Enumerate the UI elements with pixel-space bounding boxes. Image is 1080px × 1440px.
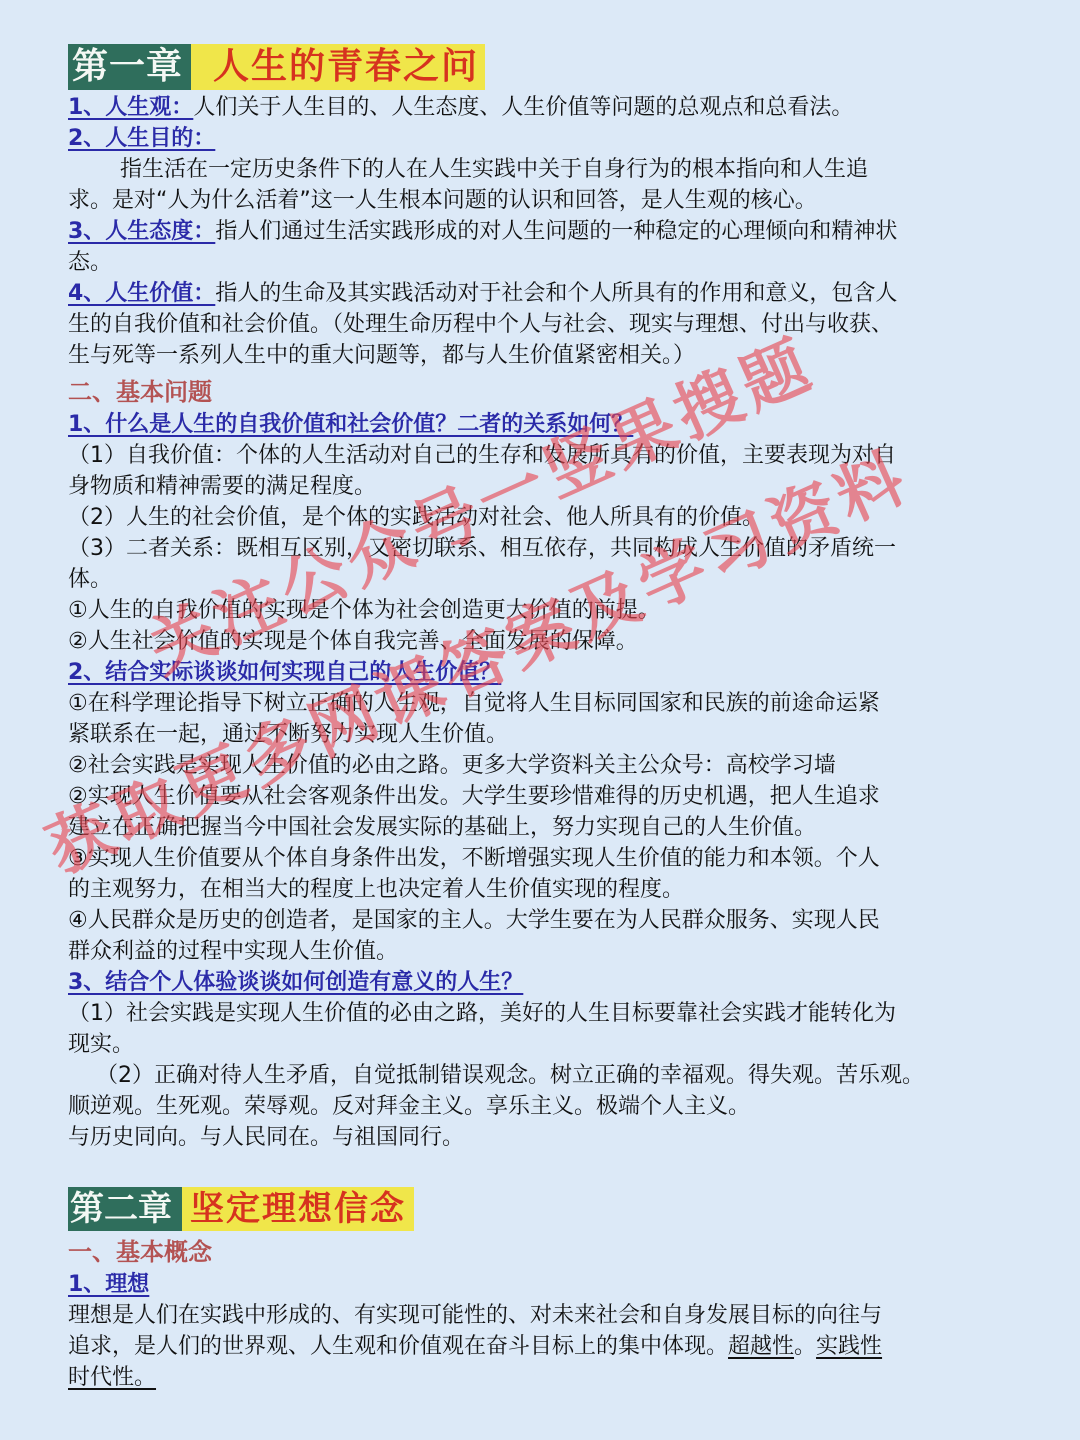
chapter-1-header: 第一章 人生的青春之问 bbox=[68, 44, 1018, 90]
chapter-number: 第一章 bbox=[68, 44, 191, 90]
question-heading: 3、结合个人体验谈谈如何创造有意义的人生？ bbox=[68, 967, 1018, 998]
chapter-2-header: 第二章 坚定理想信念 bbox=[68, 1187, 1018, 1231]
definition-value: 4、人生价值：指人的生命及其实践活动对于社会和个人所具有的作用和意义，包含人 bbox=[68, 278, 1018, 309]
term-label: 4、人生价值： bbox=[68, 281, 215, 306]
definition-purpose: 2、人生目的： bbox=[68, 123, 1018, 154]
term-label: 2、人生目的： bbox=[68, 126, 215, 151]
trait: 时代性 bbox=[68, 1365, 134, 1390]
chapter-number: 第二章 bbox=[68, 1187, 182, 1231]
term-heading: 1、理想 bbox=[68, 1269, 1018, 1300]
question-heading: 2、结合实际谈谈如何实现自己的人生价值？ bbox=[68, 657, 1018, 688]
chapter-title: 人生的青春之问 bbox=[191, 44, 485, 90]
document-page: 第一章 人生的青春之问 1、人生观：人们关于人生目的、人生态度、人生价值等问题的… bbox=[68, 44, 1018, 1393]
section-heading: 二、基本问题 bbox=[68, 375, 1018, 409]
term-label: 1、人生观： bbox=[68, 95, 193, 120]
definition-attitude: 3、人生态度：指人们通过生活实践形成的对人生问题的一种稳定的心理倾向和精神状 bbox=[68, 216, 1018, 247]
trait: 实践性 bbox=[816, 1334, 882, 1359]
chapter-title: 坚定理想信念 bbox=[182, 1187, 414, 1231]
definition-outlook: 1、人生观：人们关于人生目的、人生态度、人生价值等问题的总观点和总看法。 bbox=[68, 92, 1018, 123]
section-heading: 一、基本概念 bbox=[68, 1235, 1018, 1269]
question-heading: 1、什么是人生的自我价值和社会价值？二者的关系如何？ bbox=[68, 409, 1018, 440]
term-label: 3、人生态度： bbox=[68, 219, 215, 244]
trait: 超越性 bbox=[728, 1334, 794, 1359]
